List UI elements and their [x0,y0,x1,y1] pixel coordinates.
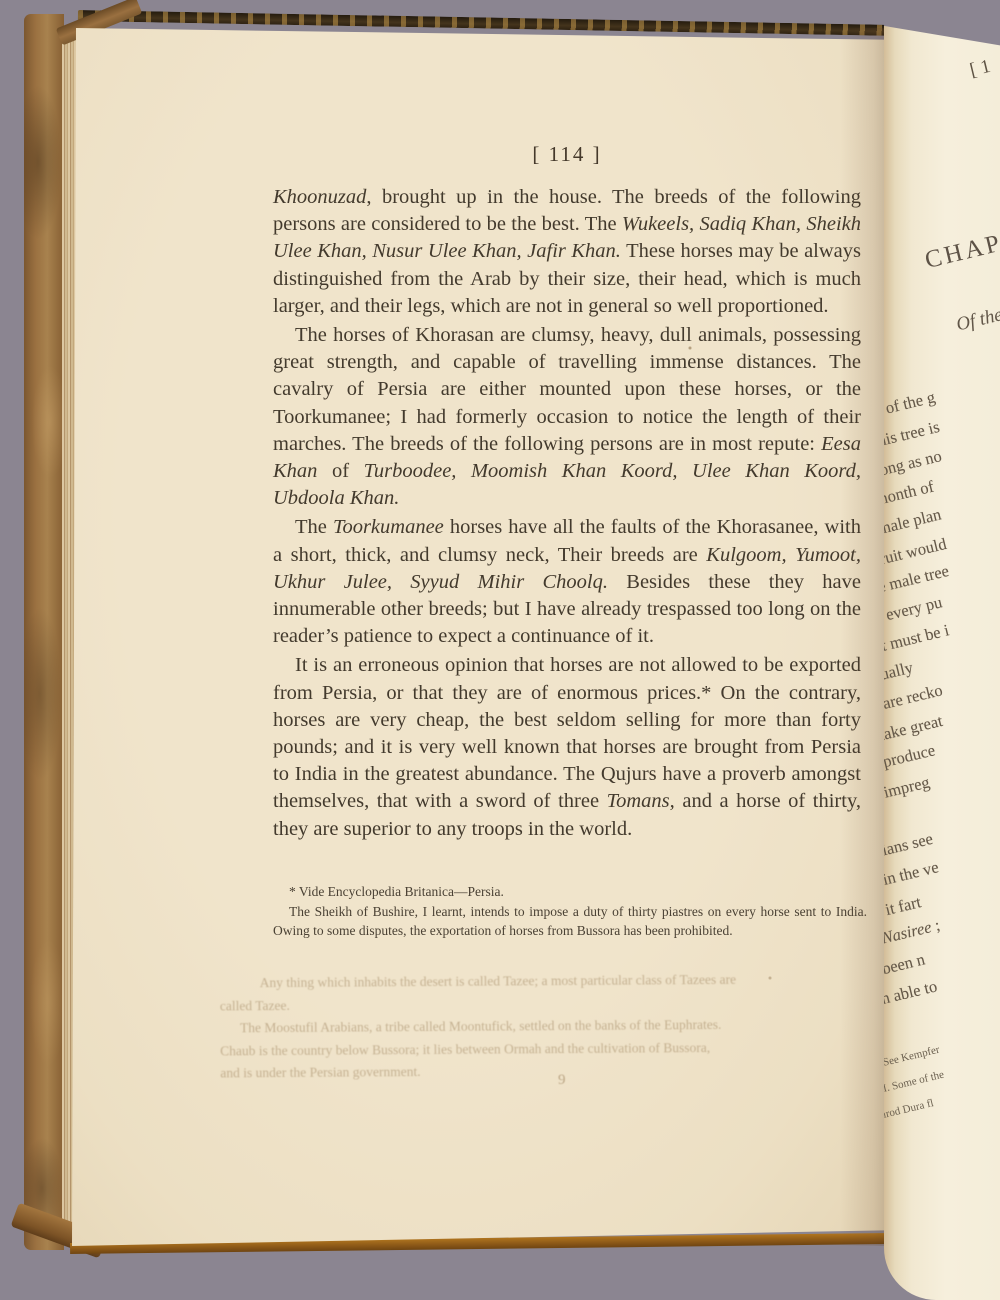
italic-text: Toorkumanee [333,516,444,538]
italic-text: Tomans, [607,790,675,812]
text-run: The horses of Khorasan are clumsy, heavy… [273,324,861,455]
right-page-subtitle: Of the I [954,302,1000,337]
text-run: I have not been able to [884,976,939,1029]
footnotes: * Vide Encyclopedia Britanica—Persia.The… [273,882,867,941]
body-paragraph: It is an erroneous opinion that horses a… [273,652,861,842]
signature-mark: 9 [558,1072,566,1089]
show-through-text: Any thing which inhabits the desert is c… [220,968,911,1085]
page-number: [ 114 ] [273,142,861,167]
italic-text: Khoonuzad [273,186,366,208]
right-page-number: [ 1 [968,56,993,82]
book-spine-leather [24,14,64,1250]
body-paragraphs: Khoonuzad, brought up in the house. The … [273,184,861,843]
right-page: [ 1 CHAPTE Of the I ate tree is one of t… [884,26,1000,1300]
text-run: It is an erroneous opinion that horses a… [273,654,861,812]
right-page-chapter-heading: CHAPTE [922,221,1000,275]
photo-stage: { "book": { "left_page": { "page_number"… [0,0,1000,1300]
footnote-line: The Sheikh of Bushire, I learnt, intends… [273,902,867,941]
left-page: [ 114 ] Khoonuzad, brought up in the hou… [70,18,904,1252]
text-run: of [317,460,363,482]
body-paragraph: The horses of Khorasan are clumsy, heavy… [273,322,861,512]
text-run: The [295,516,333,538]
body-paragraph: The Toorkumanee horses have all the faul… [273,514,861,650]
footnote-line: * Vide Encyclopedia Britanica—Persia. [273,882,867,902]
body-paragraph: Khoonuzad, brought up in the house. The … [273,184,861,320]
